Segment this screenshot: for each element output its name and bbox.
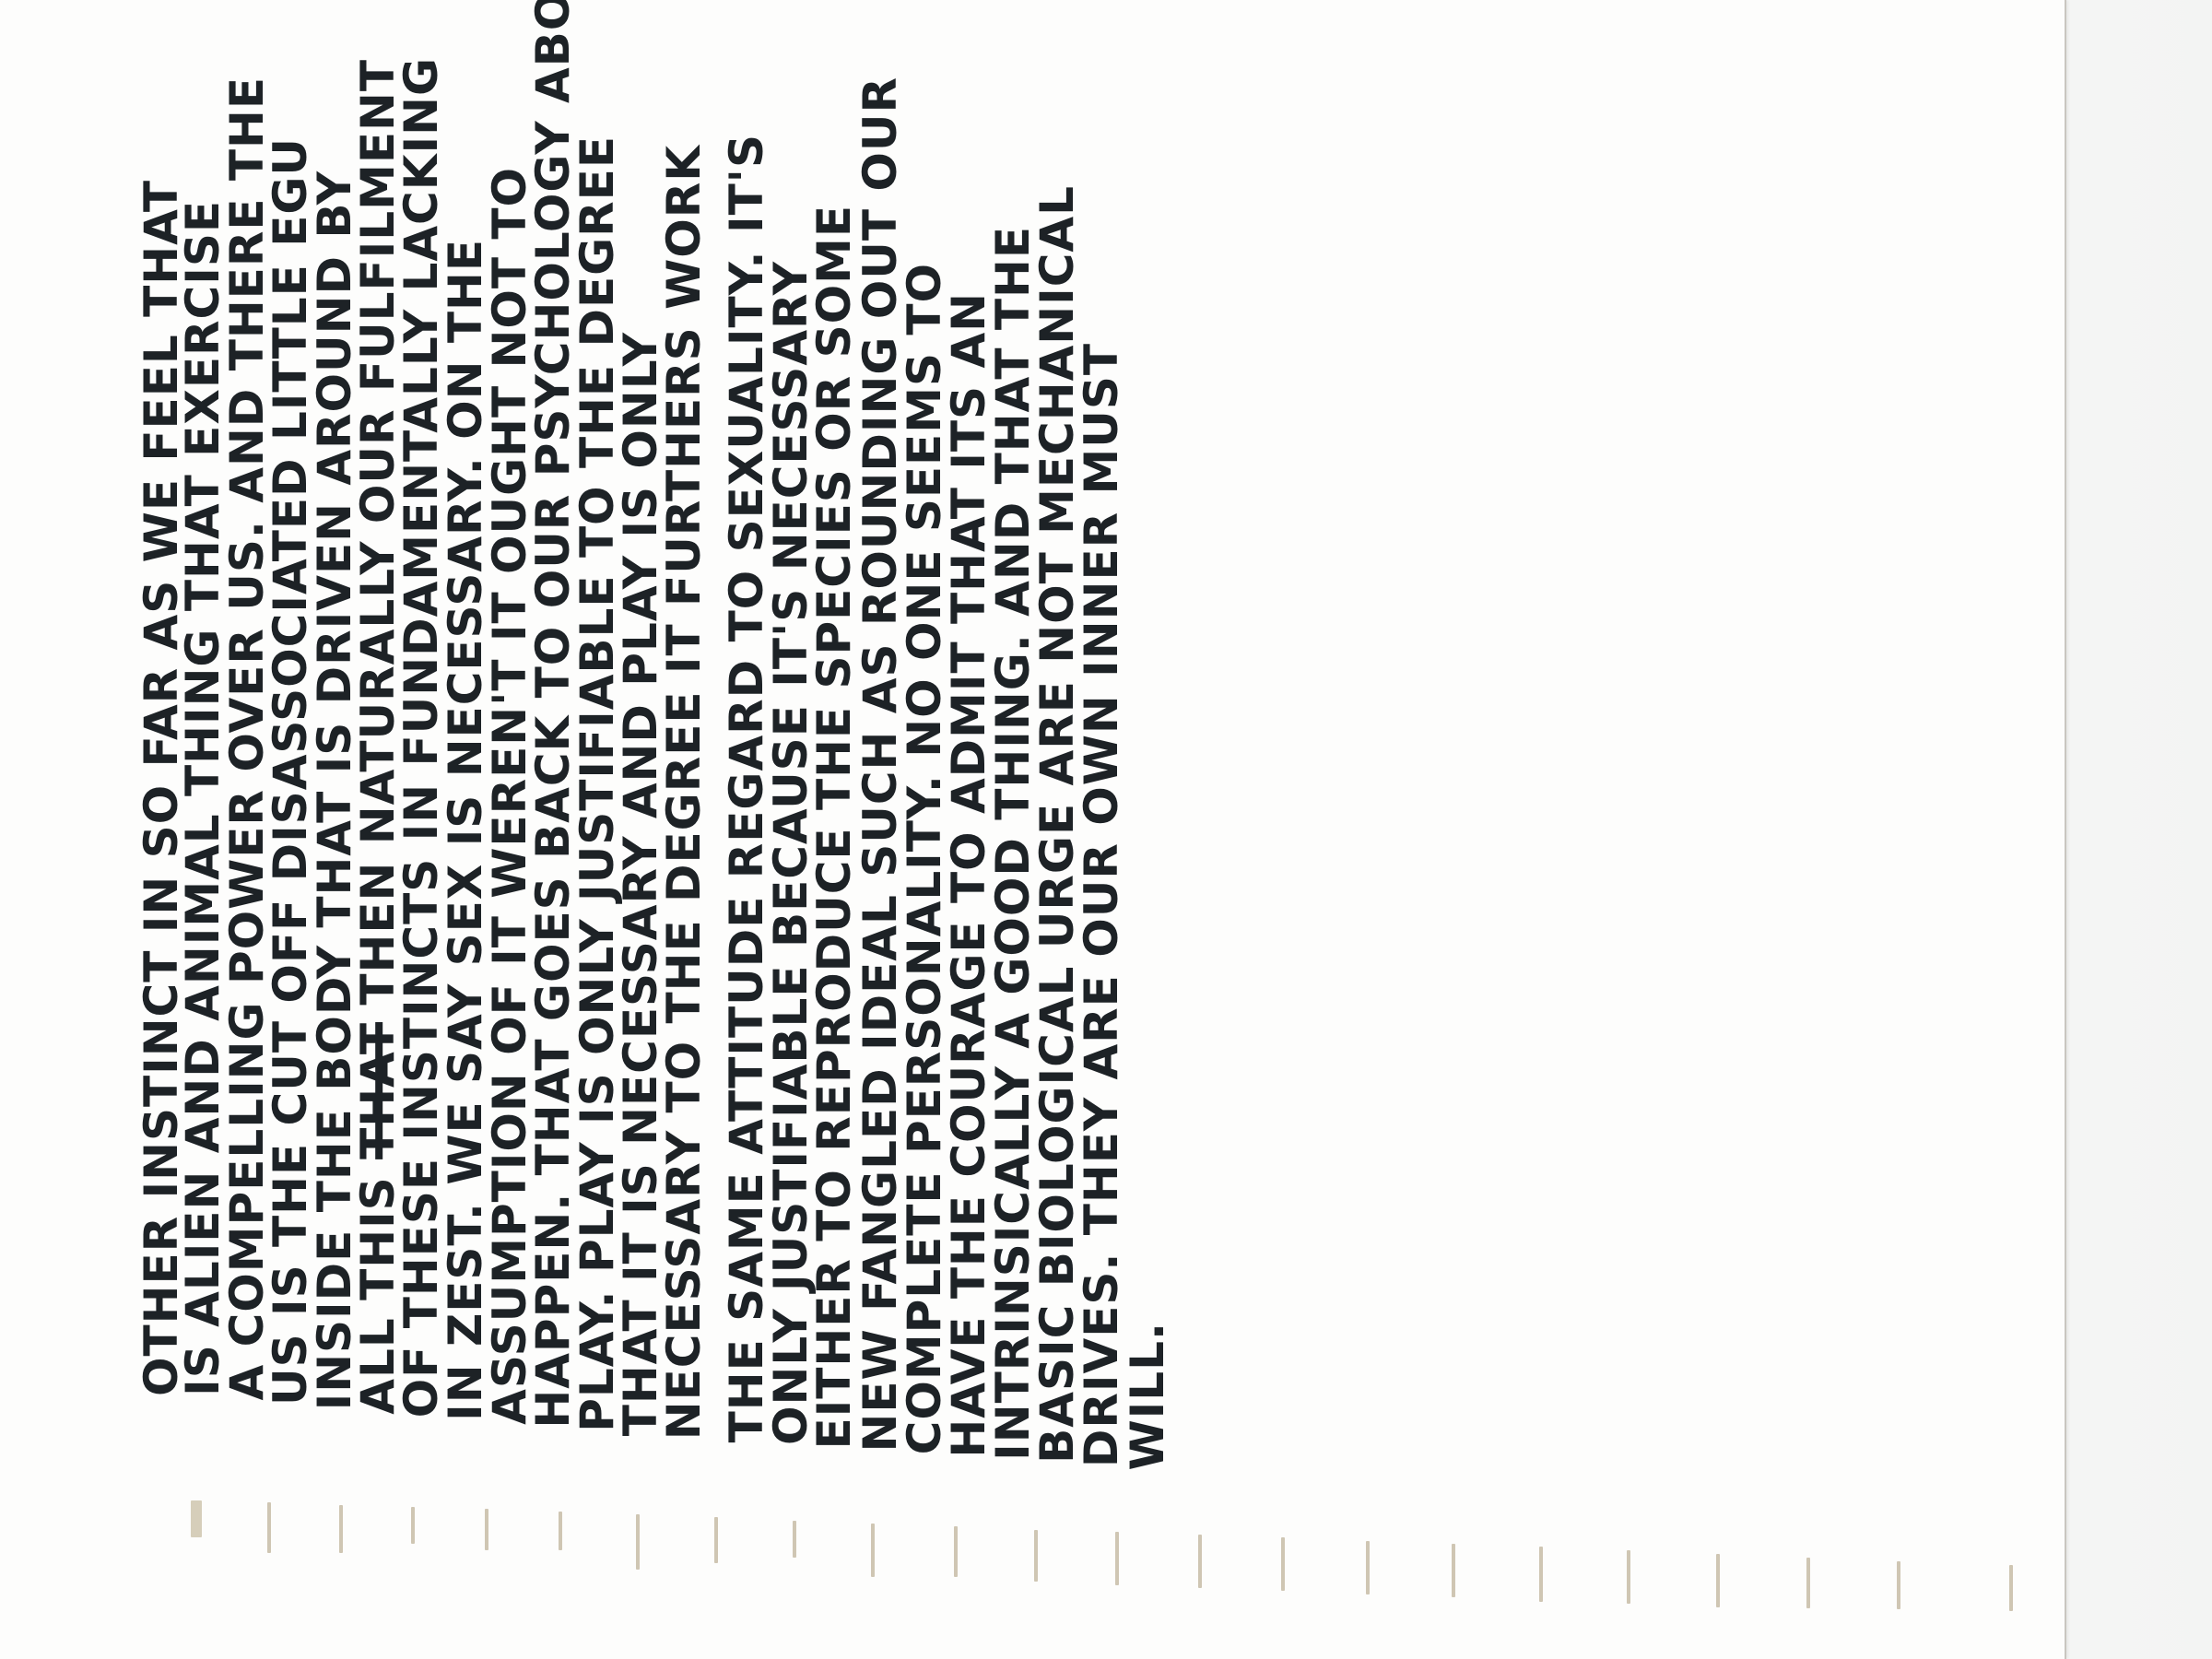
perforation-mark <box>1198 1535 1202 1588</box>
handwritten-line: BASIC BIOLOGICAL URGE ARE NOT MECHANICAL <box>1034 185 1080 1464</box>
perforation-mark <box>1366 1541 1370 1594</box>
handwritten-line: HAPPEN. THAT GOES BACK TO OUR PSYCHOLOGY… <box>530 0 576 1429</box>
perforation-mark <box>954 1526 958 1577</box>
perforation-mark <box>714 1517 718 1563</box>
photo-background: OTHER INSTINCT IN SO FAR AS WE FEEL THAT… <box>0 0 2212 1659</box>
perforation-mark <box>793 1521 796 1558</box>
perforation-mark <box>636 1514 640 1570</box>
notebook-page: OTHER INSTINCT IN SO FAR AS WE FEEL THAT… <box>0 0 2066 1659</box>
perforation-mark <box>1806 1558 1810 1608</box>
handwritten-line: WILL. <box>1124 1322 1171 1470</box>
perforation-mark <box>267 1502 271 1553</box>
perforation-mark <box>339 1505 343 1553</box>
handwritten-line: EITHER TO REPRODUCE THE SPECIES OR SOME <box>811 205 857 1450</box>
handwritten-line: THE SAME ATTITUDE REGARD TO SEXUALITY. I… <box>724 134 770 1442</box>
handwritten-line: NEW FANGLED IDEAL SUCH AS ROUNDING OUT O… <box>857 76 903 1452</box>
perforation-mark <box>485 1509 488 1550</box>
perforation-mark <box>411 1507 415 1544</box>
perforation-mark <box>1034 1530 1038 1582</box>
handwritten-line: US IS THE CUT OFF DISASSOCIATED LITTLE E… <box>267 137 313 1406</box>
handwritten-line: DRIVES. THEY ARE OUR OWN INNER MUST <box>1078 343 1124 1467</box>
perforation-mark <box>191 1500 202 1537</box>
handwritten-line: COMPLETE PERSONALITY. NO ONE SEEMS TO <box>901 263 947 1454</box>
handwritten-line: IS ALIEN AND ANIMAL THING THAT EXERCISE <box>180 200 226 1396</box>
handwritten-line: NECESSARY TO THE DEGREE IT FURTHERS WORK <box>661 145 707 1440</box>
perforation-mark <box>1281 1537 1285 1591</box>
handwritten-line: OF THESE INSTINCTS IN FUNDAMENTALLY LACK… <box>398 57 444 1418</box>
perforation-mark <box>871 1524 875 1577</box>
perforation-mark <box>2009 1565 2013 1611</box>
perforation-mark <box>1716 1554 1720 1607</box>
perforation-mark <box>1539 1547 1543 1602</box>
perforation-mark <box>559 1512 562 1550</box>
perforation-mark <box>1897 1561 1900 1609</box>
handwritten-line: IN ZEST. WE SAY SEX IS NECESSARY. ON THE <box>442 239 488 1421</box>
perforation-mark <box>1452 1544 1455 1597</box>
handwritten-line: HAVE THE COURAGE TO ADMIT THAT ITS AN <box>946 292 992 1458</box>
handwritten-line: INTRINSICALLY A GOOD THING. AND THAT THE <box>990 226 1036 1461</box>
perforation-mark <box>1115 1532 1119 1585</box>
perforation-mark <box>1627 1550 1630 1604</box>
